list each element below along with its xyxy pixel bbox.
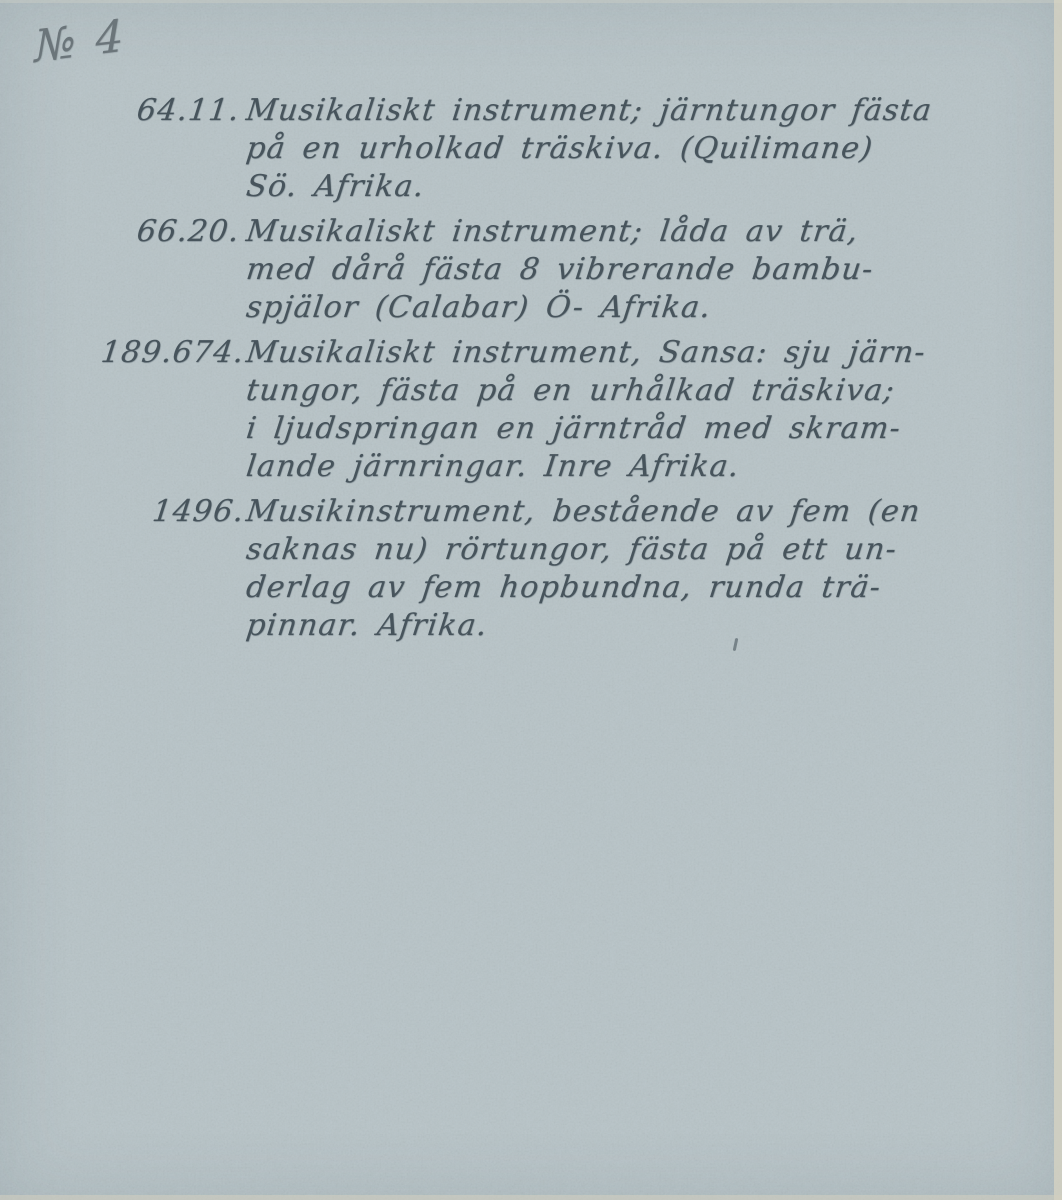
entry-text: Musikaliskt instrument; låda av trä, med… [244, 213, 990, 327]
catalog-entry: 66.20. Musikaliskt instrument; låda av t… [0, 213, 990, 327]
catalog-entry: 1496. Musikinstrument, bestående av fem … [0, 493, 990, 645]
entry-line: i ljudspringan en järntråd med skram- [244, 410, 995, 448]
entry-text: Musikinstrument, bestående av fem (en sa… [244, 493, 990, 645]
paper-edge-top [0, 0, 1062, 3]
entry-line: lande järnringar. Inre Afrika. [244, 448, 995, 486]
paper-edge-right [1054, 0, 1062, 1200]
entry-line: saknas nu) rörtungor, fästa på ett un- [244, 531, 995, 569]
catalog-entry: 64.11. Musikaliskt instrument; järntungo… [0, 92, 990, 206]
entry-line: med dårå fästa 8 vibrerande bambu- [244, 251, 995, 289]
entry-line: spjälor (Calabar) Ö- Afrika. [244, 289, 995, 327]
entry-line: Musikaliskt instrument; järntungor fästa [244, 92, 995, 130]
entry-text: Musikaliskt instrument; järntungor fästa… [244, 92, 990, 206]
entry-number: 64.11. [0, 92, 258, 206]
entry-text: Musikaliskt instrument, Sansa: sju järn-… [244, 334, 990, 486]
entry-list: 64.11. Musikaliskt instrument; järntungo… [0, 92, 990, 652]
page-number: № 4 [34, 10, 127, 73]
entry-number: 189.674. [0, 334, 263, 486]
entry-number: 66.20. [0, 213, 258, 327]
catalog-card: № 4 64.11. Musikaliskt instrument; järnt… [0, 0, 1062, 1200]
entry-line: Sö. Afrika. [244, 168, 995, 206]
entry-line: Musikaliskt instrument; låda av trä, [244, 213, 995, 251]
entry-number: 1496. [0, 493, 263, 645]
entry-line: Musikinstrument, bestående av fem (en [244, 493, 995, 531]
paper-edge-bottom [0, 1195, 1062, 1200]
entry-line: derlag av fem hopbundna, runda trä- [244, 569, 995, 607]
catalog-entry: 189.674. Musikaliskt instrument, Sansa: … [0, 334, 990, 486]
entry-line: Musikaliskt instrument, Sansa: sju järn- [244, 334, 995, 372]
entry-line: på en urholkad träskiva. (Quilimane) [244, 130, 995, 168]
entry-line: tungor, fästa på en urhålkad träskiva; [244, 372, 995, 410]
entry-line: pinnar. Afrika. [244, 607, 995, 645]
